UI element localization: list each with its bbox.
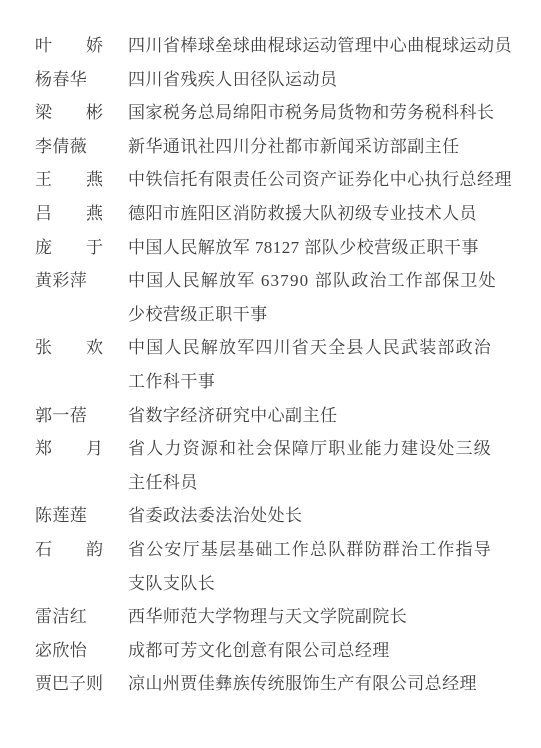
person-name: 宓欣怡 xyxy=(35,634,103,668)
person-title: 中铁信托有限责任公司资产证券化中心执行总经理 xyxy=(128,163,514,197)
title-line: 新华通讯社四川分社都市新闻采访部副主任 xyxy=(128,130,514,164)
person-name-char: 张 xyxy=(35,331,52,365)
person-title: 西华师范大学物理与天文学院副院长 xyxy=(128,600,514,634)
list-item: 郑月省人力资源和社会保障厅职业能力建设处三级主任科员 xyxy=(35,432,514,499)
person-title: 省公安厅基层基础工作总队群防群治工作指导支队支队长 xyxy=(128,533,514,600)
person-name: 石韵 xyxy=(35,533,103,567)
person-name: 梁彬 xyxy=(35,96,103,130)
person-name: 吕燕 xyxy=(35,197,103,231)
person-name: 郑月 xyxy=(35,432,103,466)
person-name: 张欢 xyxy=(35,331,103,365)
person-name: 叶娇 xyxy=(35,29,103,63)
list-item: 陈莲莲省委政法委法治处处长 xyxy=(35,499,514,533)
person-name-char: 燕 xyxy=(86,197,103,231)
person-name-char: 燕 xyxy=(86,163,103,197)
person-name: 黄彩萍 xyxy=(35,264,103,298)
title-line: 省委政法委法治处处长 xyxy=(128,499,514,533)
person-name: 杨春华 xyxy=(35,63,103,97)
person-name-char: 王 xyxy=(35,163,52,197)
person-name-char: 月 xyxy=(86,432,103,466)
person-title: 省人力资源和社会保障厅职业能力建设处三级主任科员 xyxy=(128,432,514,499)
person-name: 李倩薇 xyxy=(35,130,103,164)
title-line: 四川省残疾人田径队运动员 xyxy=(128,63,514,97)
person-name-char: 彬 xyxy=(86,96,103,130)
title-line: 成都可芳文化创意有限公司总经理 xyxy=(128,634,514,668)
document-page: 叶娇四川省棒球垒球曲棍球运动管理中心曲棍球运动员杨春华四川省残疾人田径队运动员梁… xyxy=(0,0,541,748)
person-title: 国家税务总局绵阳市税务局货物和劳务税科科长 xyxy=(128,96,514,130)
title-line: 工作科干事 xyxy=(128,365,514,399)
person-title: 中国人民解放军四川省天全县人民武装部政治工作科干事 xyxy=(128,331,514,398)
title-line: 德阳市旌阳区消防救援大队初级专业技术人员 xyxy=(128,197,514,231)
person-title: 新华通讯社四川分社都市新闻采访部副主任 xyxy=(128,130,514,164)
list-item: 雷洁红西华师范大学物理与天文学院副院长 xyxy=(35,600,514,634)
person-title: 四川省残疾人田径队运动员 xyxy=(128,63,514,97)
title-line: 四川省棒球垒球曲棍球运动管理中心曲棍球运动员 xyxy=(128,29,514,63)
title-line: 省人力资源和社会保障厅职业能力建设处三级 xyxy=(128,432,514,466)
person-title: 德阳市旌阳区消防救援大队初级专业技术人员 xyxy=(128,197,514,231)
list-item: 贾巴子则凉山州贾佳彝族传统服饰生产有限公司总经理 xyxy=(35,667,514,701)
person-name-char: 娇 xyxy=(86,29,103,63)
person-name-char: 欢 xyxy=(86,331,103,365)
title-line: 凉山州贾佳彝族传统服饰生产有限公司总经理 xyxy=(128,667,514,701)
person-name-char: 韵 xyxy=(86,533,103,567)
title-line: 省数字经济研究中心副主任 xyxy=(128,399,514,433)
person-name: 郭一蓓 xyxy=(35,399,103,433)
person-name-char: 叶 xyxy=(35,29,52,63)
person-name-char: 郑 xyxy=(35,432,52,466)
title-line: 中国人民解放军四川省天全县人民武装部政治 xyxy=(128,331,514,365)
person-title: 省数字经济研究中心副主任 xyxy=(128,399,514,433)
person-name-char: 于 xyxy=(86,231,103,265)
person-name-char: 石 xyxy=(35,533,52,567)
title-line: 中铁信托有限责任公司资产证券化中心执行总经理 xyxy=(128,163,514,197)
title-line: 西华师范大学物理与天文学院副院长 xyxy=(128,600,514,634)
person-title: 中国人民解放军 63790 部队政治工作部保卫处少校营级正职干事 xyxy=(128,264,514,331)
title-line: 中国人民解放军 63790 部队政治工作部保卫处 xyxy=(128,264,514,298)
person-title: 成都可芳文化创意有限公司总经理 xyxy=(128,634,514,668)
title-line: 省公安厅基层基础工作总队群防群治工作指导 xyxy=(128,533,514,567)
person-title: 凉山州贾佳彝族传统服饰生产有限公司总经理 xyxy=(128,667,514,701)
title-line: 支队支队长 xyxy=(128,567,514,601)
person-name-char: 吕 xyxy=(35,197,52,231)
list-item: 李倩薇新华通讯社四川分社都市新闻采访部副主任 xyxy=(35,130,514,164)
person-name-char: 庞 xyxy=(35,231,52,265)
person-name: 贾巴子则 xyxy=(35,667,103,701)
list-item: 梁彬国家税务总局绵阳市税务局货物和劳务税科科长 xyxy=(35,96,514,130)
person-name: 王燕 xyxy=(35,163,103,197)
list-item: 叶娇四川省棒球垒球曲棍球运动管理中心曲棍球运动员 xyxy=(35,29,514,63)
list-item: 庞于中国人民解放军 78127 部队少校营级正职干事 xyxy=(35,231,514,265)
list-item: 吕燕德阳市旌阳区消防救援大队初级专业技术人员 xyxy=(35,197,514,231)
list-item: 石韵省公安厅基层基础工作总队群防群治工作指导支队支队长 xyxy=(35,533,514,600)
list-item: 王燕中铁信托有限责任公司资产证券化中心执行总经理 xyxy=(35,163,514,197)
title-line: 主任科员 xyxy=(128,466,514,500)
person-title: 中国人民解放军 78127 部队少校营级正职干事 xyxy=(128,231,514,265)
list-item: 黄彩萍中国人民解放军 63790 部队政治工作部保卫处少校营级正职干事 xyxy=(35,264,514,331)
list-item: 张欢中国人民解放军四川省天全县人民武装部政治工作科干事 xyxy=(35,331,514,398)
title-line: 国家税务总局绵阳市税务局货物和劳务税科科长 xyxy=(128,96,514,130)
person-name: 庞于 xyxy=(35,231,103,265)
title-line: 中国人民解放军 78127 部队少校营级正职干事 xyxy=(128,231,514,265)
title-line: 少校营级正职干事 xyxy=(128,298,514,332)
list-item: 杨春华四川省残疾人田径队运动员 xyxy=(35,63,514,97)
person-title: 四川省棒球垒球曲棍球运动管理中心曲棍球运动员 xyxy=(128,29,514,63)
list-item: 郭一蓓省数字经济研究中心副主任 xyxy=(35,399,514,433)
list-item: 宓欣怡成都可芳文化创意有限公司总经理 xyxy=(35,634,514,668)
entry-list: 叶娇四川省棒球垒球曲棍球运动管理中心曲棍球运动员杨春华四川省残疾人田径队运动员梁… xyxy=(35,29,514,701)
person-name: 陈莲莲 xyxy=(35,499,103,533)
person-title: 省委政法委法治处处长 xyxy=(128,499,514,533)
person-name: 雷洁红 xyxy=(35,600,103,634)
person-name-char: 梁 xyxy=(35,96,52,130)
